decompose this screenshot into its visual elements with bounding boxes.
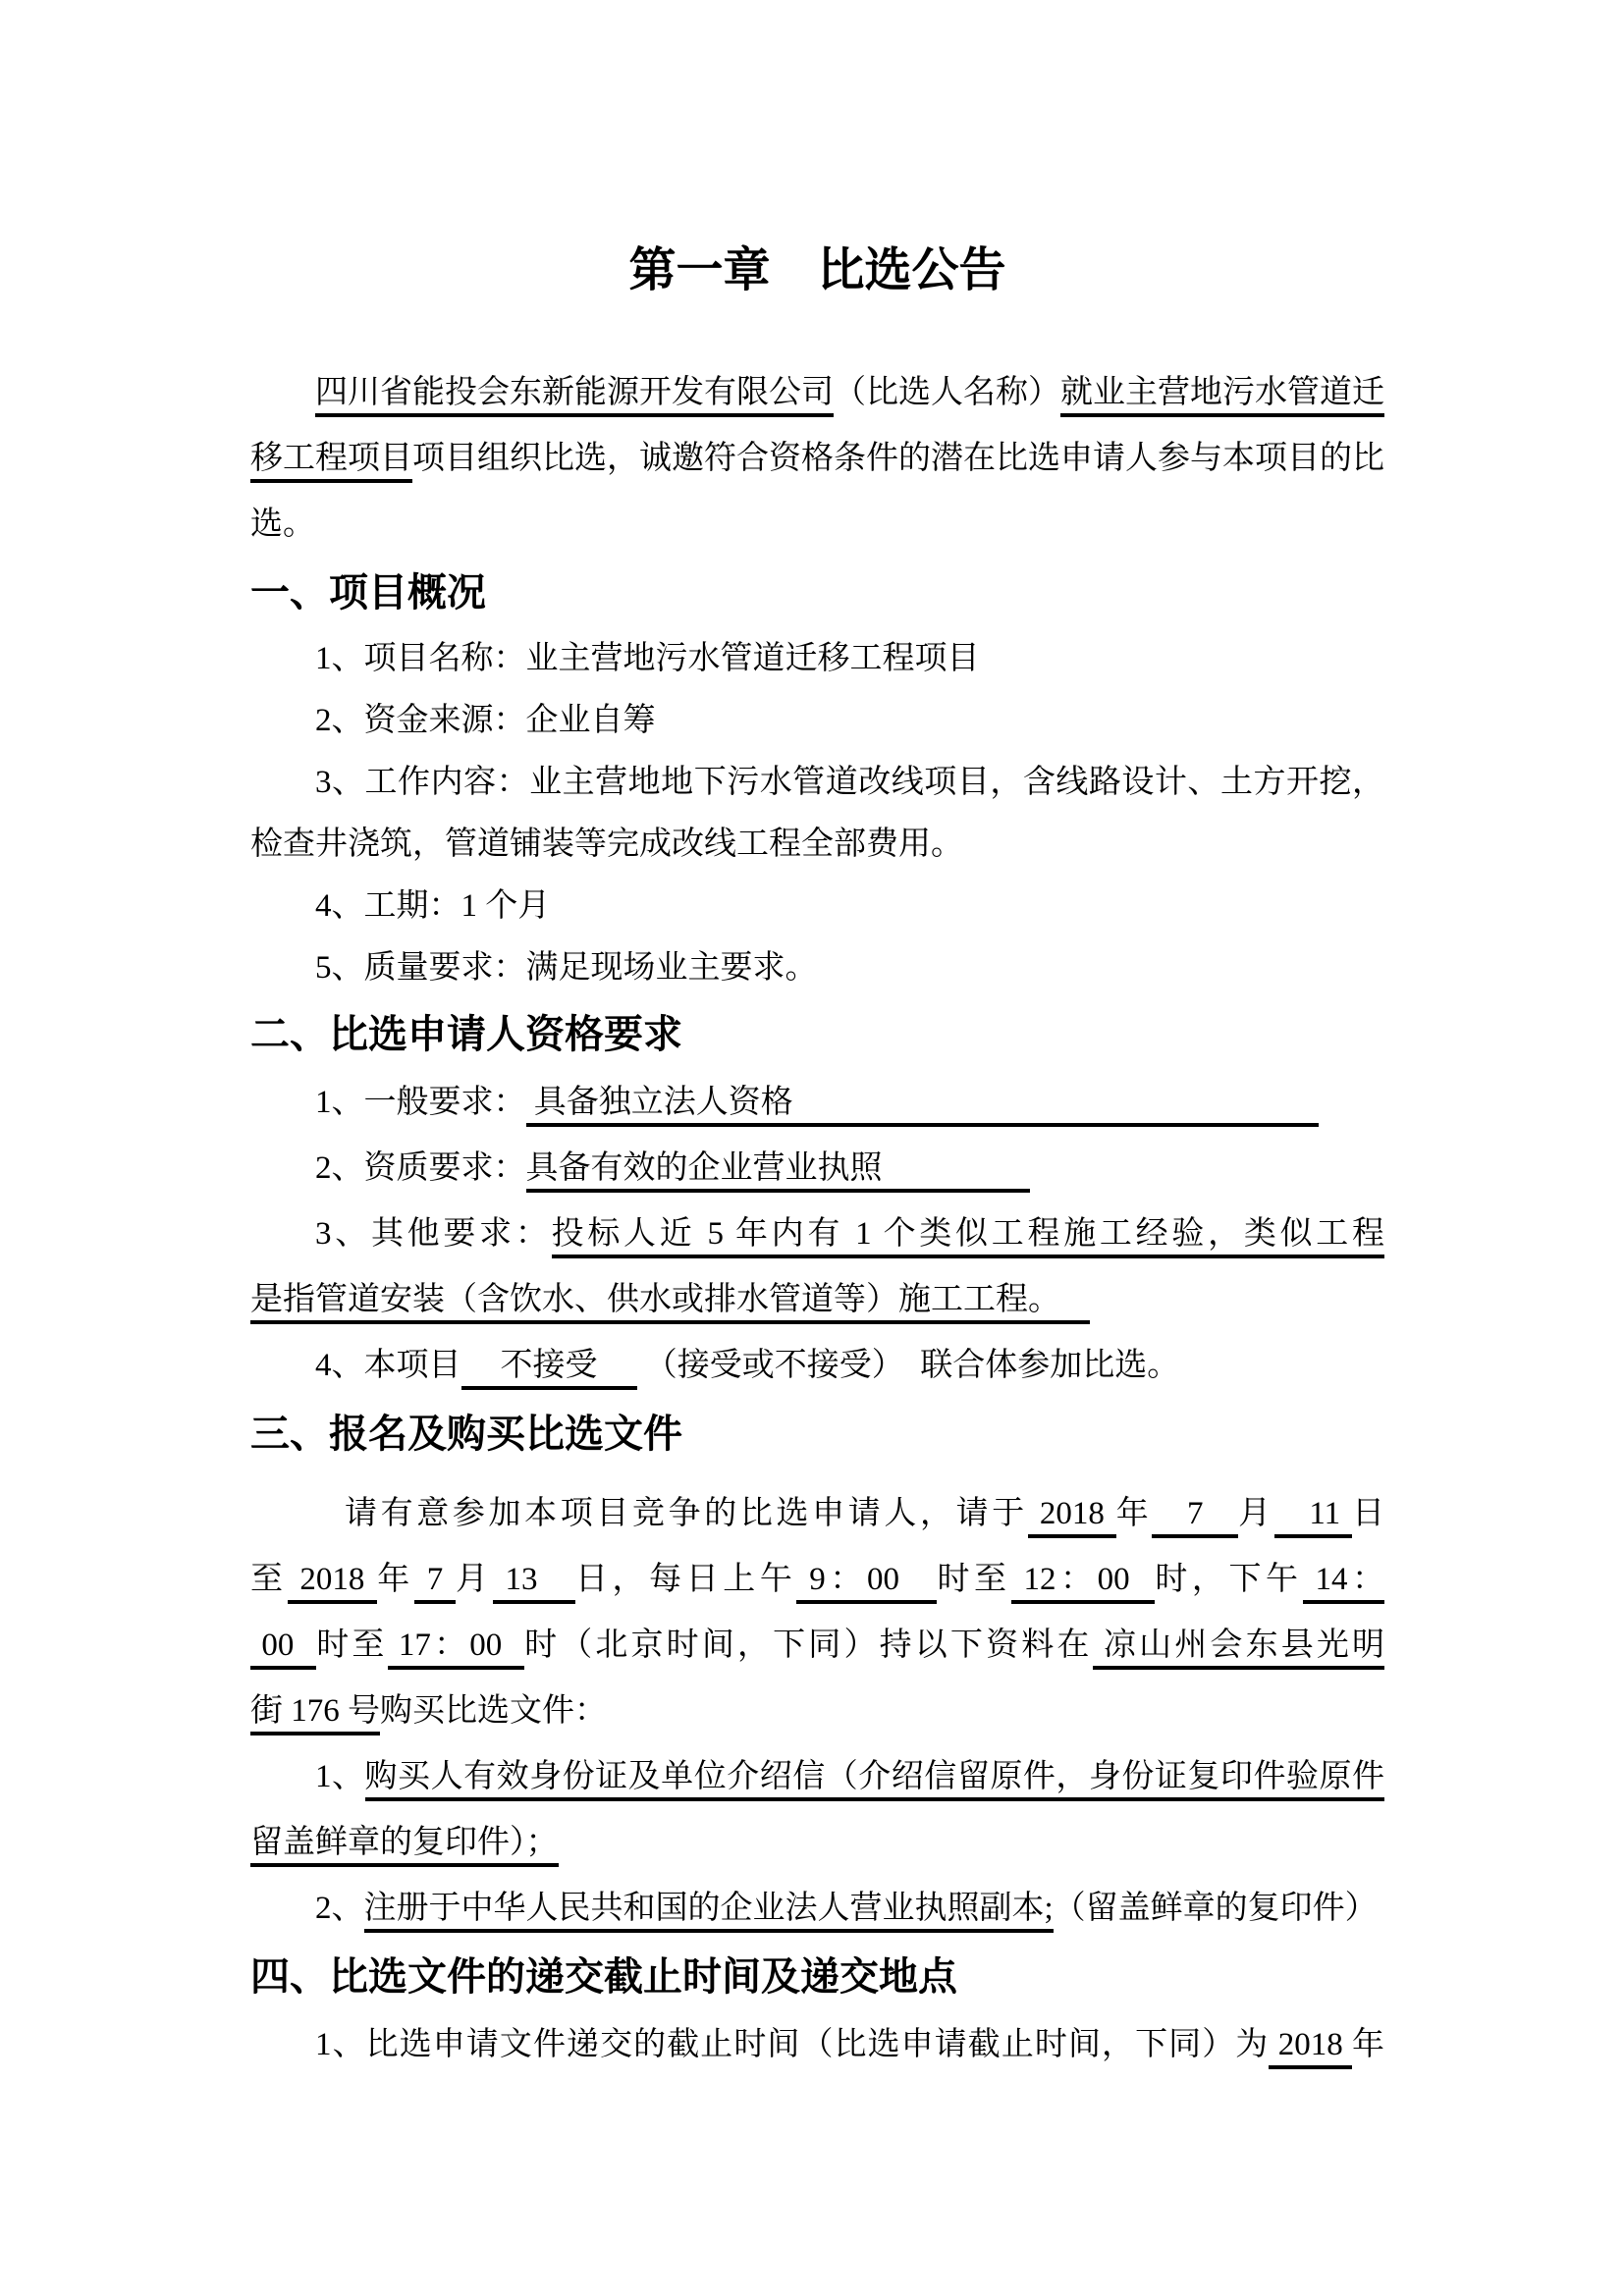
plain-text: 2、资金来源：企业自筹 (315, 703, 656, 738)
underlined-text: 9：00 (796, 1562, 937, 1604)
plain-text: 三、报名及购买比选文件 (250, 1412, 682, 1456)
underlined-text: 四川省能投会东新能源开发有限公司 (315, 375, 834, 417)
plain-text: 4、本项目 (315, 1348, 461, 1383)
section-heading: 四、比选文件的递交截止时间及递交地点 (250, 1942, 1384, 2012)
underlined-text: 2018 (1269, 2027, 1352, 2069)
underlined-text: 14： (1303, 1562, 1384, 1604)
plain-text: 2、资质要求： (315, 1150, 526, 1186)
underlined-text: 12：00 (1011, 1562, 1156, 1604)
blank-underline (598, 1348, 637, 1390)
underlined-text: 移工程项目 (250, 441, 412, 483)
plain-text: 4、工期：1 个月 (315, 888, 550, 924)
underlined-text: 投标人近 5 年内有 1 个类似工程施工经验，类似工程 (552, 1216, 1384, 1258)
text-line: 1、购买人有效身份证及单位介绍信（介绍信留原件，身份证复印件验原件 (250, 1744, 1384, 1810)
underlined-text: 就业主营地污水管道迁 (1060, 375, 1384, 417)
plain-text: 一、项目概况 (250, 570, 486, 614)
blank-underline (883, 1150, 1030, 1193)
blank-underline (793, 1085, 1319, 1127)
underlined-text: 00 (250, 1628, 316, 1670)
page: 第一章 比选公告 四川省能投会东新能源开发有限公司（比选人名称）就业主营地污水管… (0, 0, 1624, 2296)
plain-text: 年 (1352, 2027, 1384, 2062)
blank-underline (461, 1348, 501, 1390)
plain-text: 2、 (315, 1891, 364, 1926)
plain-text: 时，下午 (1155, 1562, 1302, 1597)
plain-text: 项目组织比选，诚邀符合资格条件的潜在比选申请人参与本项目的比 (412, 441, 1384, 476)
underlined-text: 7 (414, 1562, 456, 1604)
text-line: 至 2018 年 7 月 13 日，每日上午 9：00 时至 12：00 时，下… (250, 1547, 1384, 1613)
plain-text: （比选人名称） (834, 375, 1060, 410)
plain-text: 至 (250, 1562, 288, 1597)
underlined-text: 留盖鲜章的复印件）； (250, 1825, 559, 1867)
plain-text: 1、项目名称：业主营地污水管道迁移工程项目 (315, 641, 980, 676)
blank-underline (1060, 1282, 1090, 1324)
underlined-text: 13 (493, 1562, 575, 1604)
plain-text: 购买比选文件： (380, 1693, 607, 1729)
plain-text: 时至 (937, 1562, 1010, 1597)
text-line: 选。 (250, 492, 1384, 558)
plain-text: 时（北京时间，下同）持以下资料在 (524, 1628, 1092, 1663)
underlined-text: 注册于中华人民共和国的企业法人营业执照副本; (364, 1891, 1054, 1933)
text-line: 4、本项目不接受 （接受或不接受） 联合体参加比选。 (250, 1333, 1384, 1399)
underlined-text: 不接受 (501, 1348, 598, 1390)
underlined-text: 具备有效的企业营业执照 (526, 1150, 883, 1193)
text-line: 移工程项目项目组织比选，诚邀符合资格条件的潜在比选申请人参与本项目的比 (250, 426, 1384, 492)
plain-text: 请有意参加本项目竞争的比选申请人，请于 (345, 1496, 1028, 1531)
underlined-text: 凉山州会东县光明 (1093, 1628, 1385, 1670)
section-heading: 二、比选申请人资格要求 (250, 999, 1384, 1070)
text-line: 3、其他要求：投标人近 5 年内有 1 个类似工程施工经验，类似工程 (250, 1201, 1384, 1267)
text-line: 1、比选申请文件递交的截止时间（比选申请截止时间，下同）为 2018 年 (250, 2012, 1384, 2078)
plain-text: 月 (1238, 1496, 1274, 1531)
plain-text: 1、一般要求： (315, 1085, 526, 1120)
underlined-text: 2018 (288, 1562, 378, 1604)
underlined-text: 是指管道安装（含饮水、供水或排水管道等）施工工程。 (250, 1282, 1060, 1324)
plain-text: 二、比选申请人资格要求 (250, 1012, 682, 1056)
document-content: 第一章 比选公告 四川省能投会东新能源开发有限公司（比选人名称）就业主营地污水管… (250, 236, 1384, 2078)
underlined-text: 街 176 号 (250, 1693, 380, 1735)
underlined-text: 购买人有效身份证及单位介绍信（介绍信留原件，身份证复印件验原件 (365, 1759, 1384, 1801)
plain-text: 3、工作内容：业主营地地下污水管道改线项目，含线路设计、土方开挖， (315, 765, 1384, 800)
page-title: 第一章 比选公告 (250, 236, 1384, 306)
plain-text: （接受或不接受） (637, 1348, 889, 1383)
plain-text: 1、比选申请文件递交的截止时间（比选申请截止时间，下同）为 (315, 2027, 1269, 2062)
text-line: 检查井浇筑，管道铺装等完成改线工程全部费用。 (250, 814, 1384, 876)
text-line: 2、资金来源：企业自筹 (250, 690, 1384, 752)
plain-text: 1、 (315, 1759, 365, 1794)
text-line: 00 时至 17：00 时（北京时间，下同）持以下资料在 凉山州会东县光明 (250, 1613, 1384, 1679)
text-line: 街 176 号购买比选文件： (250, 1679, 1384, 1744)
underlined-text: 17：00 (388, 1628, 525, 1670)
text-line: 1、项目名称：业主营地污水管道迁移工程项目 (250, 628, 1384, 690)
text-line: 四川省能投会东新能源开发有限公司（比选人名称）就业主营地污水管道迁 (250, 360, 1384, 426)
document-body: 四川省能投会东新能源开发有限公司（比选人名称）就业主营地污水管道迁移工程项目项目… (250, 360, 1384, 2078)
plain-text: （留盖鲜章的复印件） (1054, 1891, 1378, 1926)
plain-text: 3、其他要求： (315, 1216, 552, 1252)
underlined-text: 2018 (1028, 1496, 1116, 1538)
plain-text: 四、比选文件的递交截止时间及递交地点 (250, 1954, 957, 1999)
section-heading: 三、报名及购买比选文件 (250, 1399, 1384, 1469)
plain-text: 5、质量要求：满足现场业主要求。 (315, 950, 818, 986)
text-line: 2、注册于中华人民共和国的企业法人营业执照副本;（留盖鲜章的复印件） (250, 1876, 1384, 1942)
plain-text: 日，每日上午 (575, 1562, 797, 1597)
plain-text: 日 (1352, 1496, 1384, 1531)
plain-text: 月 (456, 1562, 493, 1597)
text-line: 5、质量要求：满足现场业主要求。 (250, 937, 1384, 999)
text-line: 留盖鲜章的复印件）； (250, 1810, 1384, 1876)
section-heading: 一、项目概况 (250, 558, 1384, 628)
text-line: 1、一般要求： 具备独立法人资格 (250, 1070, 1384, 1136)
text-line: 2、资质要求：具备有效的企业营业执照 (250, 1136, 1384, 1201)
underlined-text: 具备独立法人资格 (526, 1085, 793, 1127)
plain-text: 年 (377, 1562, 414, 1597)
underlined-text: 7 (1152, 1496, 1238, 1538)
text-line: 是指管道安装（含饮水、供水或排水管道等）施工工程。 (250, 1267, 1384, 1333)
plain-text: 选。 (250, 507, 315, 542)
text-line: 4、工期：1 个月 (250, 876, 1384, 937)
plain-text: 年 (1116, 1496, 1153, 1531)
text-line: 3、工作内容：业主营地地下污水管道改线项目，含线路设计、土方开挖， (250, 752, 1384, 814)
plain-text: 联合体参加比选。 (888, 1348, 1179, 1383)
plain-text: 检查井浇筑，管道铺装等完成改线工程全部费用。 (250, 827, 963, 862)
text-line: 请有意参加本项目竞争的比选申请人，请于 2018 年 7 月 11 日 (250, 1481, 1384, 1547)
underlined-text: 11 (1274, 1496, 1352, 1538)
plain-text: 时至 (316, 1628, 387, 1663)
